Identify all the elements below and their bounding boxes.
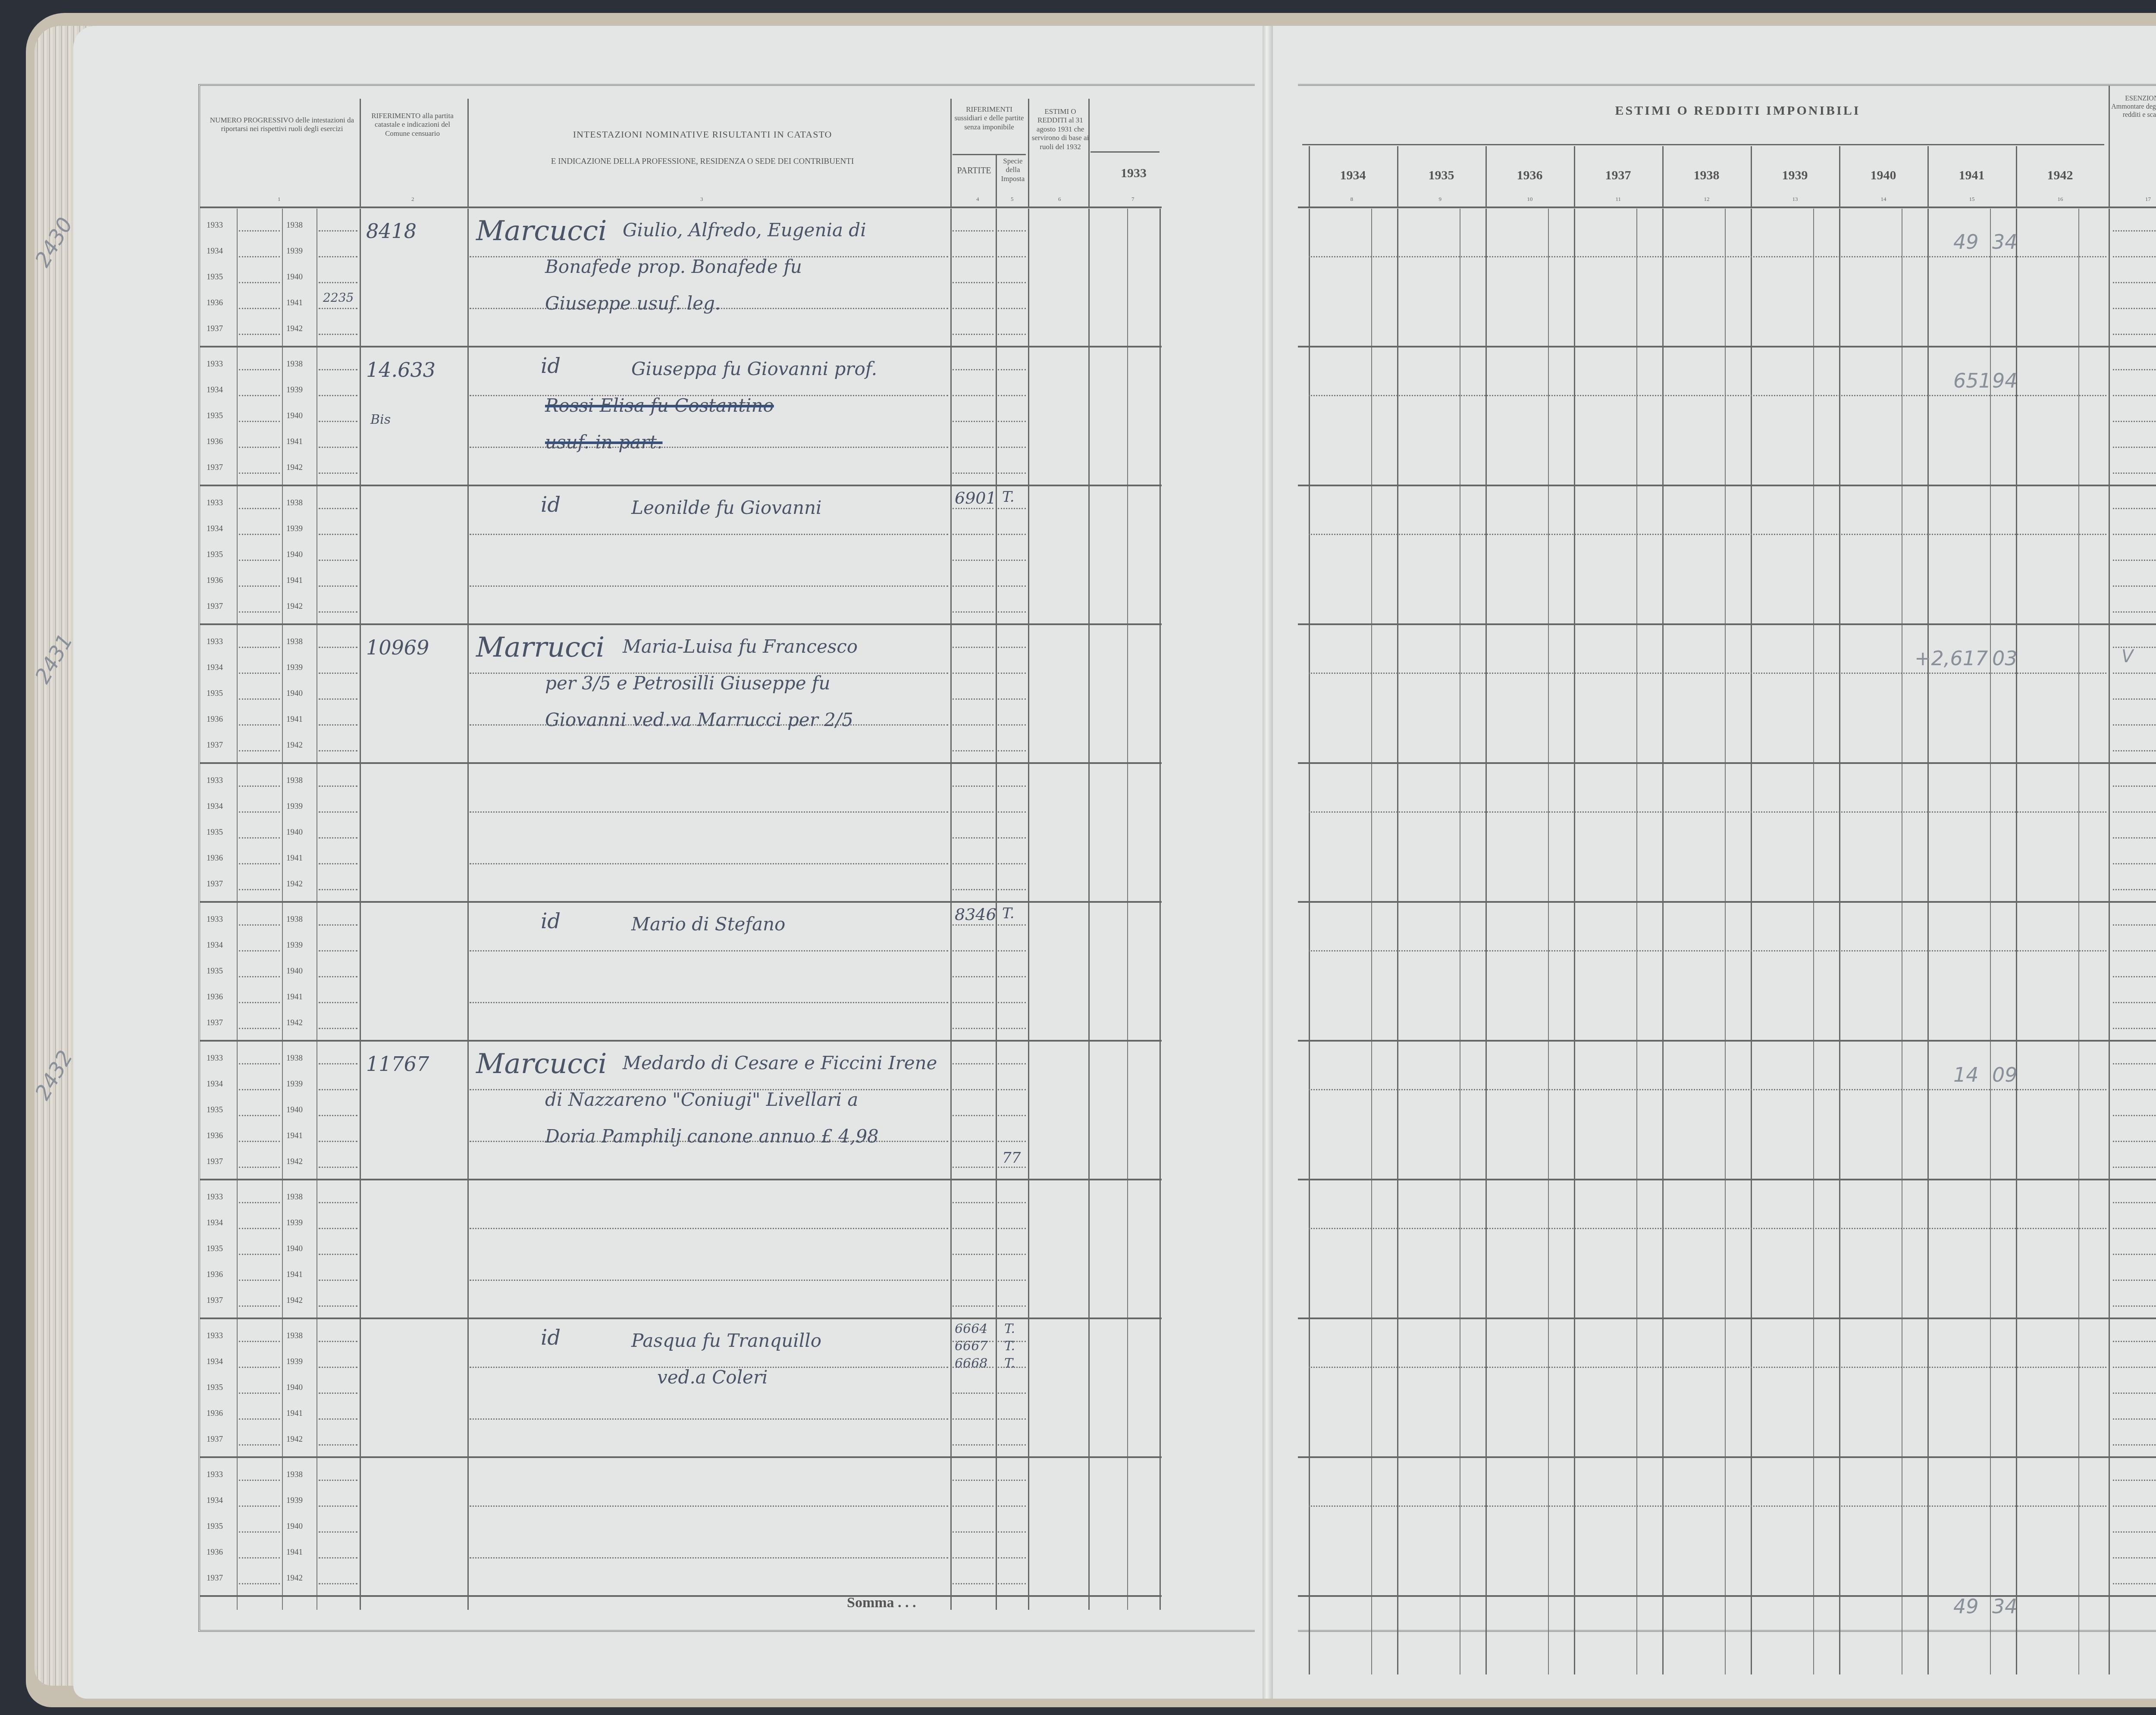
dotted-rule	[998, 395, 1026, 396]
specie-value: T.	[1004, 1356, 1015, 1371]
dotted-rule	[239, 1280, 280, 1281]
dotted-rule	[239, 1367, 280, 1368]
dotted-rule	[239, 698, 280, 700]
dotted-rule	[239, 585, 280, 587]
dotted-rule	[998, 750, 1026, 751]
year-label: 1933	[207, 637, 223, 647]
colnum: 13	[1792, 196, 1798, 203]
dotted-rule	[239, 647, 280, 648]
year-label: 1941	[286, 1131, 303, 1141]
dotted-rule	[953, 1202, 993, 1203]
year-label: 1940	[286, 1105, 303, 1115]
dotted-rule	[953, 786, 993, 787]
header-year-1939: 1939	[1751, 168, 1839, 183]
value-1941-lire: 49	[1953, 230, 1979, 253]
year-label: 1934	[207, 385, 223, 395]
dotted-rule	[319, 1418, 357, 1420]
colnum-6: 6	[1058, 196, 1061, 203]
dotted-rule	[319, 1141, 357, 1142]
dotted-rule	[239, 508, 280, 509]
dotted-rule	[998, 924, 1026, 926]
year-label: 1937	[207, 1435, 223, 1444]
dotted-rule	[998, 1115, 1026, 1116]
year-label: 1935	[207, 1522, 223, 1531]
divider	[1088, 99, 1090, 207]
dotted-rule	[998, 863, 1026, 864]
year-label: 1942	[286, 602, 303, 611]
year-label: 1942	[286, 1296, 303, 1305]
dotted-rule	[953, 447, 993, 448]
divider	[1309, 146, 1310, 207]
partite-value: 6664	[955, 1321, 987, 1336]
dotted-rule	[319, 1305, 357, 1307]
dotted-rule	[319, 256, 357, 257]
dotted-rule	[2113, 534, 2156, 535]
dotted-rule	[239, 256, 280, 257]
partita-number: 8418	[366, 219, 417, 243]
dotted-rule	[2113, 924, 2156, 926]
year-label: 1940	[286, 967, 303, 976]
dotted-rule	[998, 1141, 1026, 1142]
dotted-rule	[319, 508, 357, 509]
colnum: 11	[1616, 196, 1621, 203]
column-divider	[237, 209, 238, 1610]
dotted-rule	[953, 256, 993, 257]
dotted-rule	[953, 1557, 993, 1559]
dotted-rule	[2113, 447, 2156, 448]
dotted-rule	[953, 369, 993, 370]
dotted-rule	[319, 1280, 357, 1281]
dotted-rule	[998, 230, 1026, 232]
header-estimi-imponibili: ESTIMI O REDDITI IMPONIBILI	[1315, 103, 2156, 119]
dotted-rule	[1309, 1367, 2106, 1368]
dotted-rule	[239, 1115, 280, 1116]
dotted-rule	[319, 1531, 357, 1533]
dotted-rule	[998, 534, 1026, 535]
entry-separator	[200, 485, 1162, 486]
dotted-rule	[2113, 1418, 2156, 1420]
value-1941-lire: 651	[1953, 369, 1991, 392]
year-label: 1935	[207, 272, 223, 282]
dotted-rule	[2113, 1583, 2156, 1584]
dotted-rule	[2113, 724, 2156, 726]
entry-text: Giulio, Alfredo, Eugenia di	[623, 219, 866, 241]
specie-value: T.	[1002, 488, 1015, 506]
year-label: 1934	[207, 1357, 223, 1367]
dotted-rule	[319, 1341, 357, 1342]
dotted-rule	[953, 924, 993, 926]
entry-separator	[200, 346, 1162, 347]
entry-separator	[200, 1456, 1162, 1458]
dotted-rule	[953, 698, 993, 700]
year-label: 1936	[207, 1131, 223, 1141]
dotted-rule	[1309, 1505, 2106, 1507]
dotted-rule	[2113, 863, 2156, 864]
somma-1941-lire: 49	[1953, 1595, 1979, 1618]
year-label: 1940	[286, 1383, 303, 1393]
dotted-rule	[239, 1557, 280, 1559]
value-1941-cents: 34	[1992, 230, 2018, 253]
cents-divider	[1548, 209, 1549, 1674]
partita-number: 11767	[366, 1052, 429, 1076]
dotted-rule	[319, 976, 357, 977]
dotted-rule	[998, 976, 1026, 977]
dotted-rule	[319, 837, 357, 839]
column-divider	[1397, 209, 1398, 1674]
dotted-rule	[1309, 950, 2106, 951]
column-divider	[1839, 209, 1840, 1674]
surname: Marrucci	[476, 632, 605, 663]
year-label: 1939	[286, 802, 303, 811]
year-label: 1934	[207, 941, 223, 950]
right-ledger-table: ESTIMI O REDDITI IMPONIBILI ESENZIONI — …	[1298, 84, 2156, 1632]
specie-value: T.	[1004, 1339, 1015, 1354]
column-divider	[1127, 209, 1128, 1610]
column-divider	[1028, 209, 1029, 1610]
colnum: 8	[1351, 196, 1354, 203]
dotted-rule	[2113, 1141, 2156, 1142]
dotted-rule	[998, 421, 1026, 422]
dotted-rule	[2113, 1505, 2156, 1507]
dotted-rule	[2113, 1115, 2156, 1116]
column-divider	[1088, 209, 1090, 1610]
colnum-4: 4	[976, 196, 979, 203]
dotted-rule	[319, 750, 357, 751]
header-esenzioni: ESENZIONI — Ammontare degli estimi o red…	[2111, 94, 2156, 119]
dotted-rule	[953, 1115, 993, 1116]
year-label: 1934	[207, 247, 223, 256]
colnum-7: 7	[1131, 196, 1134, 203]
header-year-1934: 1934	[1309, 168, 1397, 183]
year-label: 1942	[286, 1157, 303, 1167]
dotted-rule	[239, 724, 280, 726]
dotted-rule	[953, 837, 993, 839]
dotted-rule	[239, 924, 280, 926]
dotted-rule	[2113, 282, 2156, 283]
dotted-rule	[319, 1202, 357, 1203]
year-label: 1933	[207, 360, 223, 369]
year-label: 1940	[286, 550, 303, 560]
dotted-rule	[998, 786, 1026, 787]
year-label: 1942	[286, 463, 303, 473]
dotted-rule	[998, 282, 1026, 283]
dotted-rule	[319, 1480, 357, 1481]
dotted-rule	[239, 611, 280, 613]
dotted-rule	[953, 395, 993, 396]
dotted-rule	[2113, 560, 2156, 561]
entry-separator	[1298, 485, 2156, 486]
cents-divider	[1902, 209, 1902, 1674]
dotted-rule	[239, 282, 280, 283]
dotted-rule	[239, 560, 280, 561]
somma-1941-cents: 34	[1992, 1595, 2018, 1618]
year-label: 1939	[286, 1218, 303, 1228]
dotted-rule	[953, 1480, 993, 1481]
dotted-rule	[953, 1393, 993, 1394]
divider	[1091, 151, 1159, 153]
dotted-rule	[319, 698, 357, 700]
dotted-rule	[2113, 1444, 2156, 1446]
dotted-rule	[998, 1002, 1026, 1003]
colnum-3: 3	[700, 196, 703, 203]
column-divider	[360, 209, 361, 1610]
dotted-rule	[998, 1254, 1026, 1255]
dotted-rule	[953, 1254, 993, 1255]
year-label: 1942	[286, 1574, 303, 1583]
dotted-rule	[319, 1444, 357, 1446]
dotted-rule	[239, 837, 280, 839]
dotted-rule	[998, 673, 1026, 674]
dotted-rule	[319, 230, 357, 232]
year-label: 1936	[207, 992, 223, 1002]
header-year-1940: 1940	[1839, 168, 1927, 183]
dotted-rule	[470, 1418, 948, 1420]
year-label: 1939	[286, 663, 303, 673]
specie-value: 77	[1002, 1149, 1021, 1167]
colnum-1: 1	[278, 196, 281, 203]
dotted-rule	[239, 395, 280, 396]
colnum-17: 17	[2145, 196, 2151, 203]
dotted-rule	[998, 1531, 1026, 1533]
entry-text: Rossi Elisa fu Costantino	[545, 395, 774, 416]
year-label: 1938	[286, 1470, 303, 1480]
dotted-rule	[998, 724, 1026, 726]
surname: id	[541, 909, 561, 933]
year-label: 1941	[286, 437, 303, 447]
dotted-rule	[998, 1089, 1026, 1090]
entry-text: Maria-Luisa fu Francesco	[623, 636, 858, 657]
dotted-rule	[319, 1028, 357, 1029]
dotted-rule	[2113, 976, 2156, 977]
year-label: 1937	[207, 1157, 223, 1167]
year-label: 1933	[207, 1192, 223, 1202]
year-label: 1937	[207, 741, 223, 750]
dotted-rule	[953, 421, 993, 422]
colnum: 9	[1439, 196, 1442, 203]
entry-separator	[200, 1179, 1162, 1180]
dotted-rule	[319, 1254, 357, 1255]
column-divider	[282, 209, 283, 1610]
year-label: 1933	[207, 1470, 223, 1480]
dotted-rule	[239, 1141, 280, 1142]
dotted-rule	[998, 1228, 1026, 1229]
entry-text: usuf. in part.	[545, 432, 662, 453]
dotted-rule	[953, 724, 993, 726]
dotted-rule	[1309, 811, 2106, 813]
dotted-rule	[239, 421, 280, 422]
dotted-rule	[953, 1228, 993, 1229]
dotted-rule	[953, 534, 993, 535]
dotted-rule	[239, 1305, 280, 1307]
dotted-rule	[2113, 421, 2156, 422]
column-divider	[1751, 209, 1752, 1674]
divider	[360, 99, 361, 207]
entry-text: Doria Pamphilj canone annuo £ 4,98	[545, 1126, 879, 1147]
dotted-rule	[239, 230, 280, 232]
column-divider	[2109, 209, 2110, 1674]
entry-separator	[1298, 1318, 2156, 1319]
year-label: 1938	[286, 1192, 303, 1202]
dotted-rule	[470, 1228, 948, 1229]
divider	[1574, 146, 1575, 207]
dotted-rule	[239, 534, 280, 535]
dotted-rule	[2113, 611, 2156, 613]
cents-divider	[2078, 209, 2079, 1674]
dotted-rule	[998, 585, 1026, 587]
year-label: 1935	[207, 967, 223, 976]
dotted-rule	[319, 1505, 357, 1507]
dotted-rule	[953, 1028, 993, 1029]
year-label: 1935	[207, 689, 223, 698]
year-label: 1935	[207, 411, 223, 421]
year-label: 1938	[286, 360, 303, 369]
year-label: 1940	[286, 1244, 303, 1254]
dotted-rule	[998, 447, 1026, 448]
header-bottom-rule	[200, 207, 1162, 208]
dotted-rule	[998, 1583, 1026, 1584]
column-divider	[1662, 209, 1664, 1674]
column-divider	[1485, 209, 1487, 1674]
dotted-rule	[239, 1167, 280, 1168]
value-1941-cents: 09	[1992, 1063, 2018, 1086]
year-label: 1937	[207, 463, 223, 473]
header-year-1941: 1941	[1927, 168, 2016, 183]
dotted-rule	[998, 1505, 1026, 1507]
dotted-rule	[239, 369, 280, 370]
header-year-1942: 1942	[2016, 168, 2104, 183]
dotted-rule	[2113, 1531, 2156, 1533]
year-label: 1939	[286, 385, 303, 395]
dotted-rule	[470, 447, 948, 448]
year-label: 1935	[207, 1383, 223, 1393]
dotted-rule	[319, 560, 357, 561]
colnum: 14	[1881, 196, 1887, 203]
year-label: 1936	[207, 576, 223, 585]
year-label: 1941	[286, 715, 303, 724]
dotted-rule	[2113, 673, 2156, 674]
cents-divider	[1990, 209, 1991, 1674]
header-riferimento: RIFERIMENTO alla partita catastale e ind…	[362, 112, 463, 138]
header-partite: PARTITE	[953, 166, 996, 176]
year-label: 1937	[207, 324, 223, 334]
dotted-rule	[998, 1444, 1026, 1446]
dotted-rule	[953, 230, 993, 232]
year-label: 1938	[286, 221, 303, 230]
entry-separator	[1298, 346, 2156, 347]
somma-label: Somma . . .	[847, 1595, 916, 1611]
dotted-rule	[470, 534, 948, 535]
surname: id	[541, 354, 561, 378]
year-label: 1935	[207, 550, 223, 560]
dotted-rule	[998, 611, 1026, 613]
dotted-rule	[998, 560, 1026, 561]
year-label: 1937	[207, 602, 223, 611]
year-label: 1939	[286, 524, 303, 534]
year-label: 1936	[207, 854, 223, 863]
colnum-2: 2	[411, 196, 414, 203]
dotted-rule	[2113, 230, 2156, 232]
year-label: 1938	[286, 776, 303, 786]
dotted-rule	[2113, 1305, 2156, 1307]
year-label: 1941	[286, 854, 303, 863]
dotted-rule	[2113, 395, 2156, 396]
dotted-rule	[953, 1531, 993, 1533]
dotted-rule	[319, 1228, 357, 1229]
dotted-rule	[239, 1480, 280, 1481]
dotted-rule	[319, 1557, 357, 1559]
divider	[2016, 146, 2017, 207]
surname: Marcucci	[476, 1048, 607, 1080]
dotted-rule	[319, 334, 357, 335]
dotted-rule	[239, 1228, 280, 1229]
dotted-rule	[319, 673, 357, 674]
divider	[950, 99, 952, 207]
year-label: 1938	[286, 1331, 303, 1341]
divider	[1662, 146, 1664, 207]
year-label: 1933	[207, 221, 223, 230]
year-label: 1940	[286, 411, 303, 421]
dotted-rule	[319, 1583, 357, 1584]
dotted-rule	[2113, 786, 2156, 787]
specie-value: T.	[1002, 905, 1015, 922]
dotted-rule	[319, 1063, 357, 1064]
dotted-rule	[319, 369, 357, 370]
dotted-rule	[1309, 1089, 2106, 1090]
cents-divider	[1460, 209, 1460, 1674]
surname: id	[541, 1326, 561, 1350]
entry-separator	[1298, 1456, 2156, 1458]
dotted-rule	[953, 976, 993, 977]
colnum: 16	[2058, 196, 2063, 203]
dotted-rule	[953, 1444, 993, 1446]
year-label: 1939	[286, 1080, 303, 1089]
year-label: 1940	[286, 828, 303, 837]
partite-value: 6901	[955, 488, 997, 507]
dotted-rule	[953, 308, 993, 309]
dotted-rule	[998, 950, 1026, 951]
value-1941-cents: 94	[1992, 369, 2018, 392]
year-label: 1938	[286, 1054, 303, 1063]
dotted-rule	[1309, 256, 2106, 257]
dotted-rule	[239, 1002, 280, 1003]
dotted-rule	[239, 950, 280, 951]
year-label: 1936	[207, 1270, 223, 1280]
year-label: 1937	[207, 1296, 223, 1305]
dotted-rule	[319, 1089, 357, 1090]
dotted-rule	[2113, 1063, 2156, 1064]
dotted-rule	[953, 611, 993, 613]
header-year-1937: 1937	[1574, 168, 1662, 183]
book-gutter	[1263, 26, 1273, 1699]
dotted-rule	[239, 447, 280, 448]
dotted-rule	[2113, 647, 2156, 648]
header-riferimenti-sussidiari: RIFERIMENTI sussidiari e delle partite s…	[953, 105, 1026, 131]
entry-text: ved.a Coleri	[657, 1367, 768, 1388]
entry-text: Leonilde fu Giovanni	[631, 497, 822, 518]
specie-value: T.	[1004, 1321, 1015, 1336]
entry-text: per 3/5 e Petrosilli Giuseppe fu	[545, 673, 830, 694]
dotted-rule	[998, 1028, 1026, 1029]
cents-divider	[1813, 209, 1814, 1674]
dotted-rule	[239, 863, 280, 864]
dotted-rule	[998, 698, 1026, 700]
column-divider	[1159, 209, 1161, 1610]
column-divider	[1574, 209, 1575, 1674]
year-label: 1935	[207, 828, 223, 837]
dotted-rule	[239, 1254, 280, 1255]
entry-separator	[200, 1318, 1162, 1319]
value-1941-lire: +2,617	[1915, 647, 1988, 670]
